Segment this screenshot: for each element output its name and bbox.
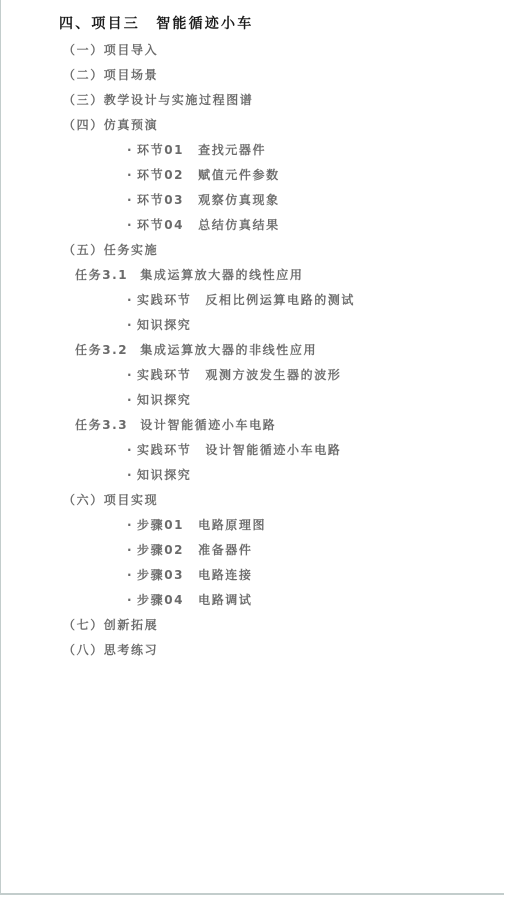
bullet-dot-icon: ·	[127, 441, 137, 459]
toc-subitem-label: 知识探究	[137, 393, 191, 407]
toc-subitem-text: 电路连接	[198, 568, 252, 582]
toc-subitem-procedure-02[interactable]: ·步骤02准备器件	[1, 541, 355, 566]
bullet-dot-icon: ·	[127, 366, 137, 384]
toc-subitem-label: 知识探究	[137, 318, 191, 332]
toc-item-text: （五）任务实施	[63, 243, 158, 257]
toc-subitem-text: 赋值元件参数	[198, 168, 280, 182]
toc-subitem-label: 环节01	[137, 143, 184, 157]
toc-item-project-intro[interactable]: （一）项目导入	[1, 41, 355, 66]
toc-item-text: （二）项目场景	[63, 68, 158, 82]
toc-task-label: 任务3.3	[75, 418, 128, 432]
toc-task-label: 任务3.1	[75, 268, 128, 282]
toc-subitem-label: 步骤04	[137, 593, 184, 607]
bullet-dot-icon: ·	[127, 466, 137, 484]
toc-subitem-label: 环节03	[137, 193, 184, 207]
table-of-contents: （一）项目导入 （二）项目场景 （三）教学设计与实施过程图谱 （四）仿真预演 ·…	[1, 41, 355, 666]
toc-task-3-1[interactable]: 任务3.1集成运算放大器的线性应用	[1, 266, 355, 291]
toc-item-text: （四）仿真预演	[63, 118, 158, 132]
toc-task-text: 设计智能循迹小车电路	[140, 418, 276, 432]
bullet-dot-icon: ·	[127, 516, 137, 534]
toc-task-label: 任务3.2	[75, 343, 128, 357]
toc-task-text: 集成运算放大器的线性应用	[140, 268, 303, 282]
toc-subitem-label: 实践环节	[137, 368, 191, 382]
bullet-dot-icon: ·	[127, 541, 137, 559]
bullet-dot-icon: ·	[127, 591, 137, 609]
toc-item-teaching-design[interactable]: （三）教学设计与实施过程图谱	[1, 91, 355, 116]
bullet-dot-icon: ·	[127, 566, 137, 584]
toc-task-3-2[interactable]: 任务3.2集成运算放大器的非线性应用	[1, 341, 355, 366]
bullet-dot-icon: ·	[127, 316, 137, 334]
bullet-dot-icon: ·	[127, 191, 137, 209]
toc-item-simulation[interactable]: （四）仿真预演	[1, 116, 355, 141]
toc-subitem-label: 知识探究	[137, 468, 191, 482]
toc-subitem-knowledge[interactable]: ·知识探究	[1, 391, 355, 416]
toc-subitem-text: 观测方波发生器的波形	[205, 368, 341, 382]
toc-subitem-practice[interactable]: ·实践环节观测方波发生器的波形	[1, 366, 355, 391]
toc-item-innovation[interactable]: （七）创新拓展	[1, 616, 355, 641]
bullet-dot-icon: ·	[127, 391, 137, 409]
toc-subitem-label: 步骤02	[137, 543, 184, 557]
toc-item-project-realization[interactable]: （六）项目实现	[1, 491, 355, 516]
toc-subitem-label: 步骤03	[137, 568, 184, 582]
toc-task-text: 集成运算放大器的非线性应用	[140, 343, 317, 357]
toc-subitem-procedure-03[interactable]: ·步骤03电路连接	[1, 566, 355, 591]
toc-subitem-text: 准备器件	[198, 543, 252, 557]
bullet-dot-icon: ·	[127, 216, 137, 234]
toc-subitem-procedure-01[interactable]: ·步骤01电路原理图	[1, 516, 355, 541]
toc-subitem-step-03[interactable]: ·环节03观察仿真现象	[1, 191, 355, 216]
toc-subitem-text: 反相比例运算电路的测试	[205, 293, 355, 307]
toc-item-text: （七）创新拓展	[63, 618, 158, 632]
toc-subitem-knowledge[interactable]: ·知识探究	[1, 466, 355, 491]
toc-subitem-label: 实践环节	[137, 443, 191, 457]
toc-item-text: （八）思考练习	[63, 643, 158, 657]
toc-subitem-step-04[interactable]: ·环节04总结仿真结果	[1, 216, 355, 241]
toc-subitem-label: 实践环节	[137, 293, 191, 307]
document-page: 四、项目三 智能循迹小车 （一）项目导入 （二）项目场景 （三）教学设计与实施过…	[0, 0, 504, 895]
toc-subitem-text: 观察仿真现象	[198, 193, 280, 207]
toc-item-exercises[interactable]: （八）思考练习	[1, 641, 355, 666]
toc-task-3-3[interactable]: 任务3.3设计智能循迹小车电路	[1, 416, 355, 441]
toc-item-task-implementation[interactable]: （五）任务实施	[1, 241, 355, 266]
toc-item-text: （六）项目实现	[63, 493, 158, 507]
toc-subitem-label: 步骤01	[137, 518, 184, 532]
toc-item-text: （一）项目导入	[63, 43, 158, 57]
toc-subitem-text: 设计智能循迹小车电路	[205, 443, 341, 457]
toc-subitem-text: 电路原理图	[198, 518, 266, 532]
toc-item-text: （三）教学设计与实施过程图谱	[63, 93, 253, 107]
toc-subitem-knowledge[interactable]: ·知识探究	[1, 316, 355, 341]
toc-subitem-practice[interactable]: ·实践环节反相比例运算电路的测试	[1, 291, 355, 316]
toc-subitem-label: 环节04	[137, 218, 184, 232]
bullet-dot-icon: ·	[127, 291, 137, 309]
toc-subitem-label: 环节02	[137, 168, 184, 182]
toc-subitem-text: 电路调试	[198, 593, 252, 607]
toc-subitem-procedure-04[interactable]: ·步骤04电路调试	[1, 591, 355, 616]
page-title: 四、项目三 智能循迹小车	[59, 15, 253, 33]
bullet-dot-icon: ·	[127, 141, 137, 159]
toc-subitem-practice[interactable]: ·实践环节设计智能循迹小车电路	[1, 441, 355, 466]
bullet-dot-icon: ·	[127, 166, 137, 184]
toc-item-project-scene[interactable]: （二）项目场景	[1, 66, 355, 91]
toc-subitem-text: 查找元器件	[198, 143, 266, 157]
toc-subitem-step-01[interactable]: ·环节01查找元器件	[1, 141, 355, 166]
toc-subitem-step-02[interactable]: ·环节02赋值元件参数	[1, 166, 355, 191]
toc-subitem-text: 总结仿真结果	[198, 218, 280, 232]
